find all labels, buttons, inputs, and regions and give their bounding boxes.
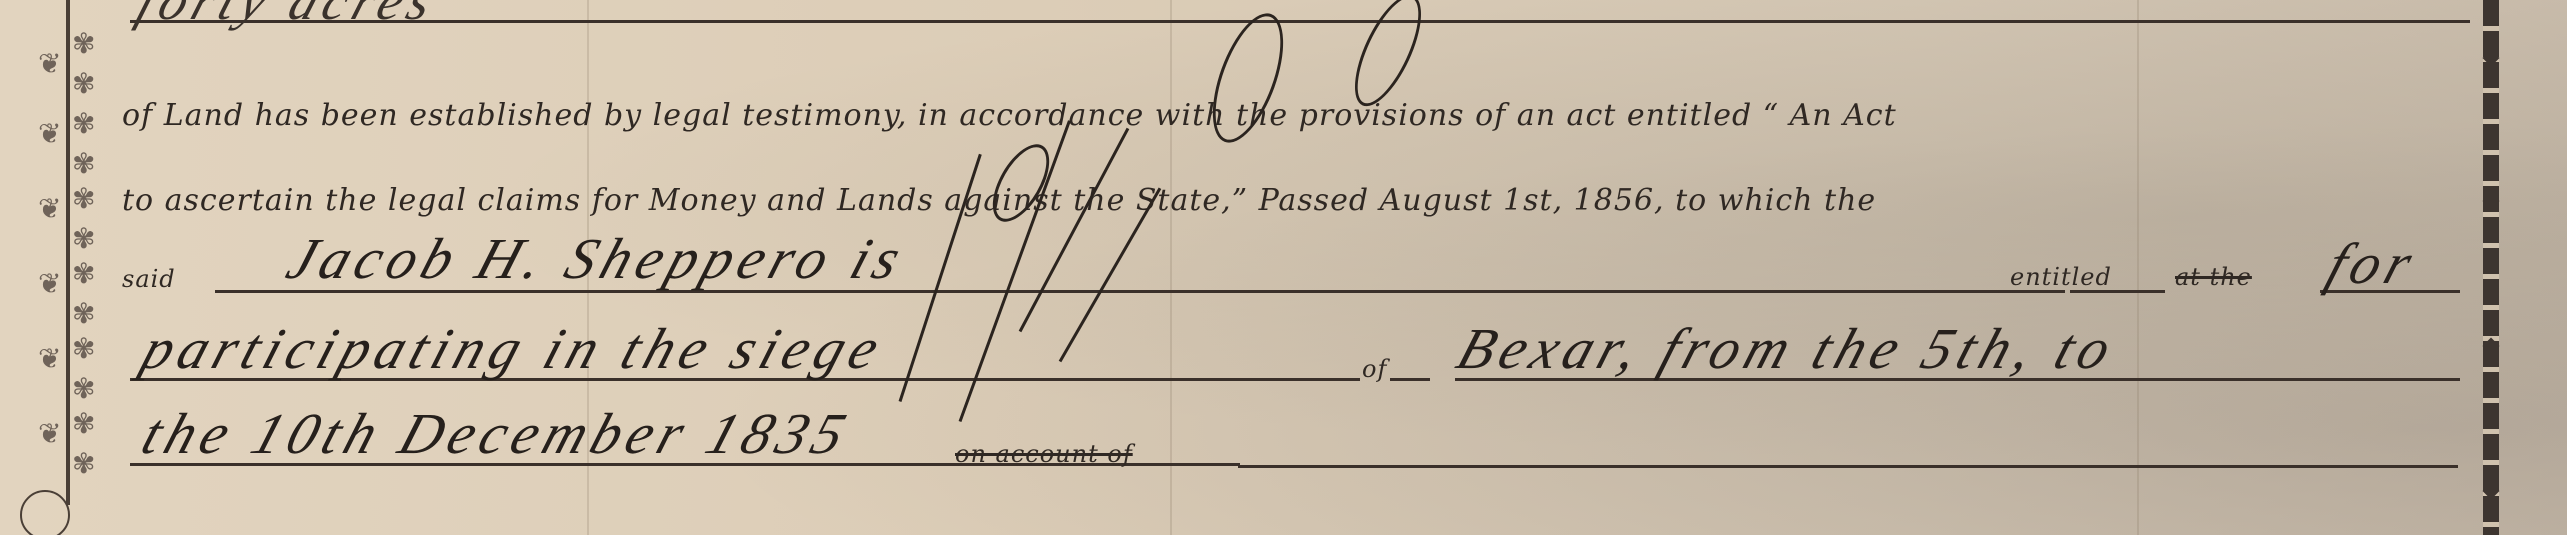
rule-line-3b (1390, 378, 1430, 381)
leaf-icon: ✾ (72, 150, 95, 178)
handwritten-december-1835: the 10th December 1835 (134, 400, 860, 467)
leaf-icon: ✾ (72, 70, 95, 98)
handwritten-participating: participating in the siege (134, 315, 893, 382)
printed-line-1: of Land has been established by legal te… (122, 98, 1897, 133)
printed-of: of (1362, 355, 1387, 383)
rule-line-1 (130, 20, 2470, 23)
printed-said: said (122, 265, 176, 293)
left-vine-border: ❦ ✾ ✾ ❦ ✾ ✾ ❦ ✾ ✾ ❦ ✾ ✾ ❦ ✾ ✾ ❦ ✾ ✾ (30, 0, 105, 535)
leaf-icon: ✾ (72, 335, 95, 363)
right-chain-border (2483, 0, 2499, 535)
fold-line (2137, 0, 2139, 535)
leaf-icon: ✾ (72, 225, 95, 253)
leaf-icon: ❦ (38, 420, 61, 448)
rule-line-4b (1238, 465, 2458, 468)
struck-on-account-of: on account of (955, 440, 1133, 468)
leaf-icon: ✾ (72, 450, 95, 478)
leaf-icon: ✾ (72, 110, 95, 138)
leaf-icon: ✾ (72, 30, 95, 58)
printed-entitled: entitled (2010, 263, 2112, 291)
leaf-icon: ✾ (72, 300, 95, 328)
leaf-icon: ✾ (72, 410, 95, 438)
handwritten-bexar-dates: Bexar, from the 5th, to (1449, 315, 2125, 382)
leaf-icon: ✾ (72, 260, 95, 288)
leaf-icon: ✾ (72, 185, 95, 213)
leaf-icon: ❦ (38, 270, 61, 298)
leaf-icon: ❦ (38, 120, 61, 148)
leaf-icon: ❦ (38, 345, 61, 373)
vine-stem (66, 0, 70, 505)
handwritten-claimant-name: Jacob H. Sheppero is (279, 225, 915, 292)
seal-ornament-icon (20, 490, 70, 535)
leaf-icon: ✾ (72, 375, 95, 403)
struck-at-the: at the (2175, 263, 2252, 291)
leaf-icon: ❦ (38, 195, 61, 223)
fold-line (1170, 0, 1172, 535)
leaf-icon: ❦ (38, 50, 61, 78)
handwritten-acreage: forty acres (130, 0, 447, 32)
